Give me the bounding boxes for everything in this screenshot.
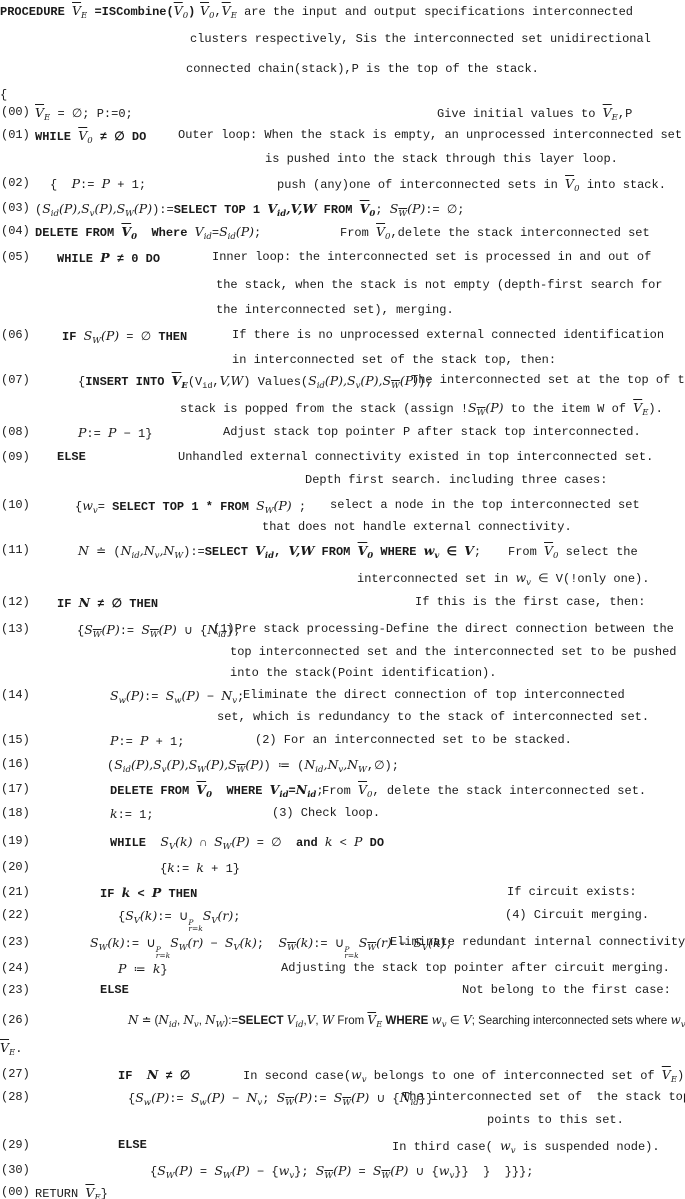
code-line: top interconnected set and the interconn…: [0, 645, 685, 667]
code-line: that does not handle external connectivi…: [0, 520, 685, 542]
line-number: (15): [1, 733, 30, 747]
code-text: k:= 1;: [110, 806, 154, 822]
line-number: (00): [1, 1185, 30, 1199]
code-line: clusters respectively, Sis the interconn…: [0, 32, 685, 54]
code-line: (23)SW(k):= ∪Pr=kSW(r) − SV(k); SW(k):= …: [0, 935, 685, 957]
line-number: (10): [1, 498, 30, 512]
code-text: IF N ≠ ∅: [118, 1067, 190, 1083]
line-number: (24): [1, 961, 30, 975]
code-text: (Sid(P),Sv(P),SW(P)):=SELECT TOP 1 Vid,V…: [35, 201, 465, 217]
code-line: (05)WHILE P ≠ 0 DOInner loop: the interc…: [0, 250, 685, 272]
code-text: P ≔ k}: [118, 961, 168, 977]
comment-text: V0,VE are the input and output specifica…: [200, 3, 633, 19]
comment-text: connected chain(stack),P is the top of t…: [186, 62, 539, 76]
comment-text: Depth first search. including three case…: [305, 473, 607, 487]
code-line: (13){SW(P):= SW(P) ∪ {Nid};(1)Pre stack …: [0, 622, 685, 644]
line-number: (23): [1, 983, 30, 997]
line-number: (02): [1, 176, 30, 190]
comment-text: From V0,delete the stack interconnected …: [340, 224, 650, 240]
code-text: { P:= P + 1;: [50, 176, 146, 192]
code-line: is pushed into the stack through this la…: [0, 152, 685, 174]
code-text: P:= P − 1}: [78, 425, 152, 441]
comment-text: From V0 select the: [508, 543, 638, 559]
comment-text: Eliminate the direct connection of top i…: [243, 688, 625, 702]
code-text: {k:= k + 1}: [160, 860, 240, 876]
union-limits: Pr=k: [344, 947, 358, 959]
code-line: (23)ELSENot belong to the first case:: [0, 983, 685, 1005]
comment-text: that does not handle external connectivi…: [262, 520, 572, 534]
code-line: set, which is redundancy to the stack of…: [0, 710, 685, 732]
comment-text: (3) Check loop.: [272, 806, 380, 820]
procedure-listing: PROCEDURE VE =ISCombine(V0)V0,VE are the…: [0, 0, 685, 1199]
code-text: {SV(k):= ∪Pr=kSV(r);: [118, 908, 240, 932]
code-line: (27)IF N ≠ ∅In second case(wv belongs to…: [0, 1067, 685, 1089]
comment-text: set, which is redundancy to the stack of…: [217, 710, 649, 724]
line-number: (01): [1, 128, 30, 142]
comment-text: Eliminate redundant internal connectivit…: [390, 935, 685, 949]
code-text: N ≐ (Nid, Nv, NW):=SELECT Vid,V, W From …: [128, 1013, 685, 1027]
code-line: connected chain(stack),P is the top of t…: [0, 62, 685, 84]
code-text: {: [0, 88, 7, 102]
comment-text: interconnected set in wv ∈ V(!only one).: [357, 570, 649, 586]
code-text: WHILE SV(k) ∩ SW(P) = ∅ and k < P DO: [110, 834, 384, 850]
code-line: (12)IF N ≠ ∅ THENIf this is the first ca…: [0, 595, 685, 617]
code-text: IF SW(P) = ∅ THEN: [62, 328, 187, 344]
comment-text: stack is popped from the stack (assign !…: [180, 400, 663, 416]
code-line: (19)WHILE SV(k) ∩ SW(P) = ∅ and k < P DO: [0, 834, 685, 856]
code-text: PROCEDURE VE =ISCombine(V0): [0, 3, 195, 19]
code-line: (03)(Sid(P),Sv(P),SW(P)):=SELECT TOP 1 V…: [0, 201, 685, 223]
comment-text: push (any)one of interconnected sets in …: [277, 176, 666, 192]
code-line: (00)VE = ∅; P:=0;Give initial values to …: [0, 105, 685, 127]
code-line: (18)k:= 1;(3) Check loop.: [0, 806, 685, 828]
code-text: WHILE V0 ≠ ∅ DO: [35, 128, 146, 144]
code-text: IF k < P THEN: [100, 885, 197, 901]
code-line: (08)P:= P − 1}Adjust stack top pointer P…: [0, 425, 685, 447]
code-line: (07){INSERT INTO VE(Vid,V,W) Values(Sid(…: [0, 373, 685, 395]
code-line: into the stack(Point identification).: [0, 666, 685, 688]
code-line: (10){wv= SELECT TOP 1 * FROM SW(P) ;sele…: [0, 498, 685, 520]
comment-text: Unhandled external connectivity existed …: [178, 450, 653, 464]
comment-text: The interconnected set of the stack top: [402, 1090, 685, 1104]
code-line: (28){Sw(P):= Sw(P) − Nv; SW(P):= SW(P) ∪…: [0, 1090, 685, 1112]
code-text: {SW(P) = SW(P) − {wv}; SW(P) = SW(P) ∪ {…: [150, 1163, 533, 1179]
code-line: (17)DELETE FROM V0 WHERE Vid=Nid;From V0…: [0, 782, 685, 804]
code-line: points to this set.: [0, 1113, 685, 1135]
comment-text: the stack, when the stack is not empty (…: [216, 278, 662, 292]
comment-text: If this is the first case, then:: [415, 595, 645, 609]
code-line: (22){SV(k):= ∪Pr=kSV(r);(4) Circuit merg…: [0, 908, 685, 930]
line-number: (04): [1, 224, 30, 238]
comment-text: points to this set.: [487, 1113, 624, 1127]
line-number: (30): [1, 1163, 30, 1177]
code-line: stack is popped from the stack (assign !…: [0, 400, 685, 422]
code-line: (14)Sw(P):= Sw(P) − Nv;Eliminate the dir…: [0, 688, 685, 710]
line-number: (22): [1, 908, 30, 922]
code-text: RETURN VE}: [35, 1185, 108, 1199]
line-number: (09): [1, 450, 30, 464]
code-line: (16)(Sid(P),Sv(P),SW(P),SW(P)) ≔ (Nid,Nv…: [0, 757, 685, 779]
line-number: (06): [1, 328, 30, 342]
code-text: VE.: [0, 1040, 22, 1056]
code-text: DELETE FROM V0 Where Vid=Sid(P);: [35, 224, 261, 240]
line-number: (17): [1, 782, 30, 796]
code-text: {Sw(P):= Sw(P) − Nv; SW(P):= SW(P) ∪ {Ni…: [128, 1090, 433, 1106]
union-limits: Pr=k: [156, 947, 170, 959]
line-number: (18): [1, 806, 30, 820]
comment-text: Give initial values to VE,P: [437, 105, 632, 121]
code-text: DELETE FROM V0 WHERE Vid=Nid;: [110, 782, 324, 798]
code-text: P:= P + 1;: [110, 733, 184, 749]
code-text: VE = ∅; P:=0;: [35, 105, 133, 121]
code-line: (26)N ≐ (Nid, Nv, NW):=SELECT Vid,V, W F…: [0, 1013, 685, 1035]
line-number: (05): [1, 250, 30, 264]
code-line: (09)ELSEUnhandled external connectivity …: [0, 450, 685, 472]
code-line: (30){SW(P) = SW(P) − {wv}; SW(P) = SW(P)…: [0, 1163, 685, 1185]
code-text: IF N ≠ ∅ THEN: [57, 595, 158, 611]
comment-text: Outer loop: When the stack is empty, an …: [178, 128, 682, 142]
code-text: ELSE: [57, 450, 86, 464]
code-line: (06)IF SW(P) = ∅ THENIf there is no unpr…: [0, 328, 685, 350]
union-operator: ∪: [146, 936, 156, 951]
code-text: {INSERT INTO VE(Vid,V,W) Values(Sid(P),S…: [78, 373, 432, 389]
code-line: (21)IF k < P THENIf circuit exists:: [0, 885, 685, 907]
comment-text: In third case( wv is suspended node).: [392, 1138, 660, 1154]
line-number: (16): [1, 757, 30, 771]
comment-text: Not belong to the first case:: [462, 983, 671, 997]
line-number: (23): [1, 935, 30, 949]
comment-text: If there is no unprocessed external conn…: [232, 328, 664, 342]
union-operator: ∪: [335, 936, 345, 951]
line-number: (07): [1, 373, 30, 387]
code-line: (29)ELSEIn third case( wv is suspended n…: [0, 1138, 685, 1160]
line-number: (12): [1, 595, 30, 609]
code-line: in interconnected set of the stack top, …: [0, 353, 685, 375]
line-number: (14): [1, 688, 30, 702]
comment-text: (1)Pre stack processing-Define the direc…: [213, 622, 674, 636]
union-limits: Pr=k: [188, 920, 202, 932]
line-number: (11): [1, 543, 30, 557]
code-line: (15)P:= P + 1;(2) For an interconnected …: [0, 733, 685, 755]
comment-text: In second case(wv belongs to one of inte…: [243, 1067, 685, 1083]
comment-text: (4) Circuit merging.: [505, 908, 649, 922]
comment-text: If circuit exists:: [507, 885, 637, 899]
code-text: Sw(P):= Sw(P) − Nv;: [110, 688, 244, 704]
comment-text: clusters respectively, Sis the interconn…: [190, 32, 651, 46]
comment-text: From V0, delete the stack interconnected…: [322, 782, 646, 798]
code-line: (00)RETURN VE}: [0, 1185, 685, 1199]
union-operator: ∪: [179, 909, 189, 924]
comment-text: The interconnected set at the top of the: [411, 373, 685, 387]
line-number: (13): [1, 622, 30, 636]
code-text: N ≐ (Nid,Nv,NW):=SELECT Vid, V,W FROM V0…: [78, 543, 481, 559]
code-text: ELSE: [118, 1138, 147, 1152]
comment-text: in interconnected set of the stack top, …: [232, 353, 556, 367]
code-text: WHILE P ≠ 0 DO: [57, 250, 160, 266]
code-line: the interconnected set), merging.: [0, 303, 685, 325]
code-text: (Sid(P),Sv(P),SW(P),SW(P)) ≔ (Nid,Nv,NW,…: [107, 757, 399, 773]
code-line: (04)DELETE FROM V0 Where Vid=Sid(P);From…: [0, 224, 685, 246]
comment-text: Adjust stack top pointer P after stack t…: [223, 425, 641, 439]
comment-text: is pushed into the stack through this la…: [265, 152, 618, 166]
line-number: (26): [1, 1013, 30, 1027]
line-number: (00): [1, 105, 30, 119]
line-number: (20): [1, 860, 30, 874]
comment-text: Inner loop: the interconnected set is pr…: [212, 250, 651, 264]
line-number: (29): [1, 1138, 30, 1152]
code-text: ELSE: [100, 983, 129, 997]
line-number: (08): [1, 425, 30, 439]
code-line: the stack, when the stack is not empty (…: [0, 278, 685, 300]
line-number: (03): [1, 201, 30, 215]
code-line: (20){k:= k + 1}: [0, 860, 685, 882]
line-number: (19): [1, 834, 30, 848]
line-number: (27): [1, 1067, 30, 1081]
line-number: (21): [1, 885, 30, 899]
line-number: (28): [1, 1090, 30, 1104]
comment-text: the interconnected set), merging.: [216, 303, 454, 317]
code-line: interconnected set in wv ∈ V(!only one).: [0, 570, 685, 592]
comment-text: Adjusting the stack top pointer after ci…: [281, 961, 670, 975]
comment-text: into the stack(Point identification).: [230, 666, 496, 680]
code-line: (02){ P:= P + 1;push (any)one of interco…: [0, 176, 685, 198]
code-line: VE.: [0, 1040, 685, 1062]
code-line: PROCEDURE VE =ISCombine(V0)V0,VE are the…: [0, 3, 685, 25]
code-text: {wv= SELECT TOP 1 * FROM SW(P) ;: [75, 498, 306, 514]
code-line: (24)P ≔ k}Adjusting the stack top pointe…: [0, 961, 685, 983]
comment-text: top interconnected set and the interconn…: [230, 645, 676, 659]
code-line: Depth first search. including three case…: [0, 473, 685, 495]
comment-text: (2) For an interconnected set to be stac…: [255, 733, 572, 747]
code-line: (11)N ≐ (Nid,Nv,NW):=SELECT Vid, V,W FRO…: [0, 543, 685, 565]
code-line: (01)WHILE V0 ≠ ∅ DOOuter loop: When the …: [0, 128, 685, 150]
comment-text: select a node in the top interconnected …: [330, 498, 640, 512]
